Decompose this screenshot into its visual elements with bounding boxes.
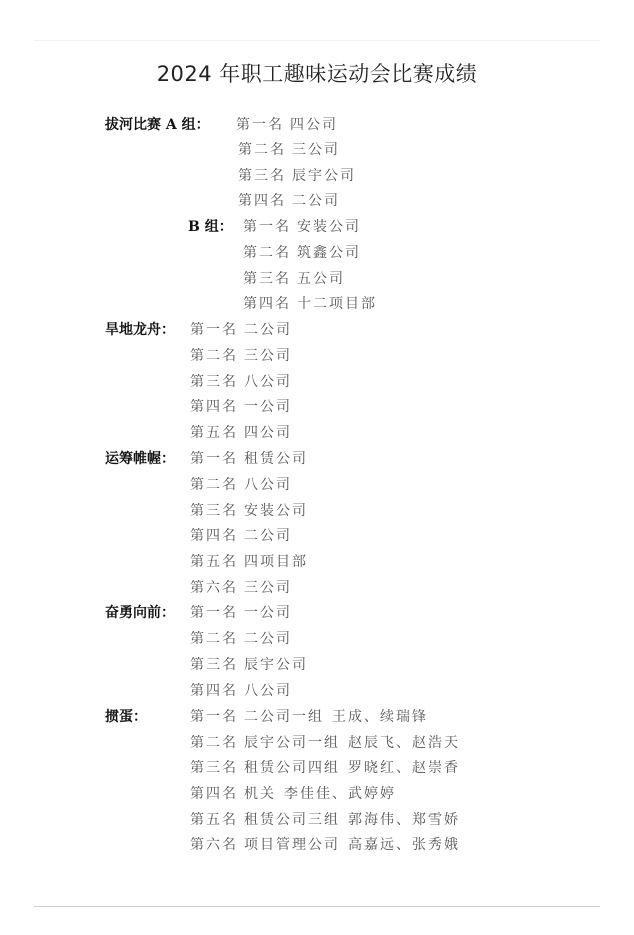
team: 租赁公司四组 bbox=[244, 760, 340, 776]
rank: 第一名 bbox=[243, 219, 291, 235]
result-row: 第四名十二项目部 bbox=[243, 293, 377, 315]
rank: 第五名 bbox=[190, 554, 238, 570]
result-row: 第三名辰宇公司 bbox=[238, 165, 356, 187]
team: 四项目部 bbox=[244, 554, 308, 570]
team: 二公司 bbox=[244, 322, 292, 338]
result-row: 第三名八公司 bbox=[190, 371, 292, 393]
rank: 第一名 bbox=[190, 322, 238, 338]
page-title: 2024 年职工趣味运动会比赛成绩 bbox=[0, 58, 634, 88]
result-row: 第四名机关李佳佳、武婷婷 bbox=[190, 783, 396, 805]
rank: 第四名 bbox=[238, 193, 286, 209]
team: 辰宇公司 bbox=[244, 657, 308, 673]
team: 筑鑫公司 bbox=[297, 245, 361, 261]
rank: 第三名 bbox=[190, 760, 238, 776]
members: 罗晓红、赵崇香 bbox=[348, 760, 460, 776]
rank: 第一名 bbox=[190, 709, 238, 725]
rank: 第六名 bbox=[190, 837, 238, 853]
team: 租赁公司 bbox=[244, 451, 308, 467]
event-label-strategy: 运筹帷幄： bbox=[105, 448, 175, 470]
rank: 第一名 bbox=[190, 451, 238, 467]
rank: 第四名 bbox=[190, 683, 238, 699]
result-row: 第六名项目管理公司高嘉远、张秀娥 bbox=[190, 834, 460, 856]
team: 一公司 bbox=[244, 399, 292, 415]
rank: 第六名 bbox=[190, 580, 238, 596]
result-row: 第二名辰宇公司一组赵辰飞、赵浩天 bbox=[190, 732, 460, 754]
rank: 第五名 bbox=[190, 812, 238, 828]
result-row: 第六名三公司 bbox=[190, 577, 292, 599]
team: 辰宇公司一组 bbox=[244, 735, 340, 751]
members: 高嘉远、张秀娥 bbox=[348, 837, 460, 853]
team: 八公司 bbox=[244, 683, 292, 699]
result-row: 第三名五公司 bbox=[243, 268, 345, 290]
rank: 第三名 bbox=[190, 657, 238, 673]
result-row: 第五名四公司 bbox=[190, 422, 292, 444]
team: 八公司 bbox=[244, 477, 292, 493]
event-label-guandan: 掼蛋： bbox=[105, 706, 147, 728]
result-row: 第三名租赁公司四组罗晓红、赵崇香 bbox=[190, 757, 460, 779]
rank: 第二名 bbox=[190, 735, 238, 751]
team: 机关 bbox=[244, 786, 276, 802]
result-row: 第二名八公司 bbox=[190, 474, 292, 496]
result-row: 第一名二公司 bbox=[190, 319, 292, 341]
rank: 第一名 bbox=[190, 605, 238, 621]
members: 郭海伟、郑雪娇 bbox=[348, 812, 460, 828]
rank: 第二名 bbox=[190, 631, 238, 647]
rank: 第二名 bbox=[243, 245, 291, 261]
bottom-divider bbox=[34, 906, 600, 907]
event-label-tug-of-war-b: B 组： bbox=[188, 216, 233, 238]
result-row: 第一名二公司一组王成、续瑞锋 bbox=[190, 706, 428, 728]
team: 三公司 bbox=[244, 580, 292, 596]
team: 四公司 bbox=[290, 117, 338, 133]
rank: 第三名 bbox=[190, 374, 238, 390]
result-row: 第五名四项目部 bbox=[190, 551, 308, 573]
rank: 第三名 bbox=[190, 503, 238, 519]
team: 二公司 bbox=[292, 193, 340, 209]
team: 项目管理公司 bbox=[244, 837, 340, 853]
result-row: 第一名租赁公司 bbox=[190, 448, 308, 470]
team: 安装公司 bbox=[297, 219, 361, 235]
result-row: 第四名二公司 bbox=[238, 190, 340, 212]
result-row: 第四名二公司 bbox=[190, 525, 292, 547]
team: 八公司 bbox=[244, 374, 292, 390]
team: 安装公司 bbox=[244, 503, 308, 519]
team: 二公司一组 bbox=[244, 709, 324, 725]
result-row: 第四名一公司 bbox=[190, 396, 292, 418]
result-row: 第二名二公司 bbox=[190, 628, 292, 650]
team: 二公司 bbox=[244, 631, 292, 647]
result-row: 第三名辰宇公司 bbox=[190, 654, 308, 676]
event-label-tug-of-war-a: 拔河比赛 A 组： bbox=[105, 114, 210, 136]
team: 一公司 bbox=[244, 605, 292, 621]
team: 租赁公司三组 bbox=[244, 812, 340, 828]
result-row: 第一名安装公司 bbox=[243, 216, 361, 238]
rank: 第四名 bbox=[190, 399, 238, 415]
rank: 第四名 bbox=[190, 786, 238, 802]
rank: 第二名 bbox=[238, 142, 286, 158]
team: 四公司 bbox=[244, 425, 292, 441]
rank: 第一名 bbox=[236, 117, 284, 133]
team: 二公司 bbox=[244, 528, 292, 544]
event-label-dragon-boat: 旱地龙舟： bbox=[105, 319, 175, 341]
team: 三公司 bbox=[244, 348, 292, 364]
rank: 第三名 bbox=[238, 168, 286, 184]
rank: 第三名 bbox=[243, 271, 291, 287]
members: 李佳佳、武婷婷 bbox=[284, 786, 396, 802]
result-row: 第四名八公司 bbox=[190, 680, 292, 702]
team: 五公司 bbox=[297, 271, 345, 287]
rank: 第二名 bbox=[190, 348, 238, 364]
result-row: 第一名四公司 bbox=[236, 114, 338, 136]
result-row: 第五名租赁公司三组郭海伟、郑雪娇 bbox=[190, 809, 460, 831]
rank: 第四名 bbox=[190, 528, 238, 544]
result-row: 第三名安装公司 bbox=[190, 500, 308, 522]
team: 辰宇公司 bbox=[292, 168, 356, 184]
result-row: 第二名三公司 bbox=[190, 345, 292, 367]
rank: 第五名 bbox=[190, 425, 238, 441]
event-label-forward: 奋勇向前： bbox=[105, 602, 175, 624]
rank: 第二名 bbox=[190, 477, 238, 493]
team: 三公司 bbox=[292, 142, 340, 158]
result-row: 第一名一公司 bbox=[190, 602, 292, 624]
result-row: 第二名三公司 bbox=[238, 139, 340, 161]
members: 王成、续瑞锋 bbox=[332, 709, 428, 725]
members: 赵辰飞、赵浩天 bbox=[348, 735, 460, 751]
top-divider bbox=[34, 40, 600, 41]
team: 十二项目部 bbox=[297, 296, 377, 312]
result-row: 第二名筑鑫公司 bbox=[243, 242, 361, 264]
rank: 第四名 bbox=[243, 296, 291, 312]
